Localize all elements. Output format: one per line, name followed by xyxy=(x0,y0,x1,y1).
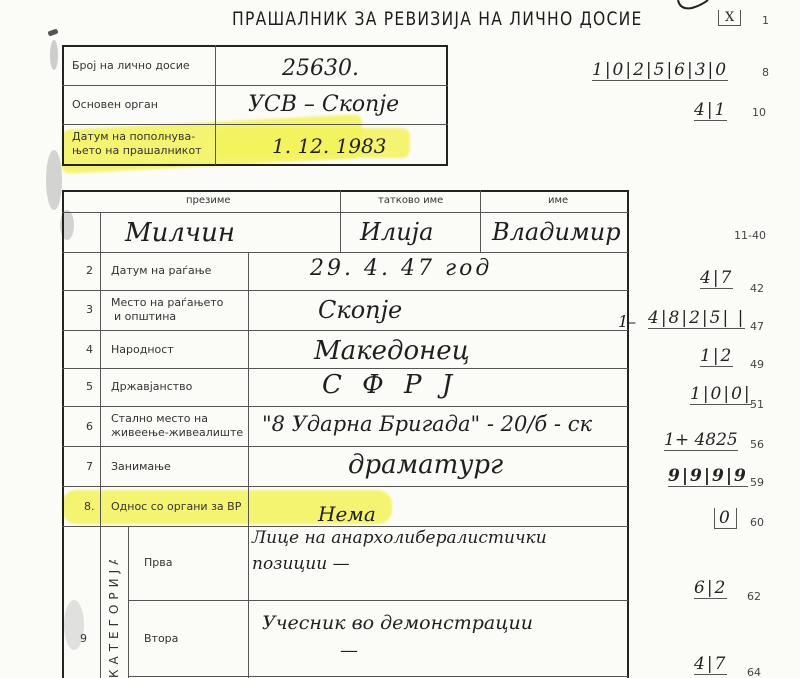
row-divider xyxy=(128,600,628,601)
birthplace-col: 47 xyxy=(750,320,764,333)
surname-value: Милчин xyxy=(125,218,235,248)
row-number: 8. xyxy=(84,500,95,513)
dossier-number-code: 1|0|2|5|6|3|0 xyxy=(592,60,728,81)
name-header-col xyxy=(480,190,481,252)
row-divider xyxy=(62,252,628,253)
nationality-col: 49 xyxy=(750,358,764,371)
row-number: 6 xyxy=(86,420,93,433)
birth-date-label: Датум на раѓање xyxy=(111,264,211,278)
header-box-border xyxy=(62,45,448,47)
occupation-col: 59 xyxy=(750,476,764,489)
row-number: 2 xyxy=(86,264,93,277)
first-name-header: име xyxy=(548,194,568,208)
category-row-number: 9 xyxy=(80,632,87,645)
residence-value: "8 Ударна Бригада" - 20/б - ск xyxy=(262,412,592,436)
name-header-col xyxy=(340,190,341,252)
nationality-value: Македонец xyxy=(314,336,470,366)
occupation-value: драматург xyxy=(348,450,503,480)
row-number: 7 xyxy=(86,460,93,473)
row-divider xyxy=(62,330,628,331)
citizenship-label: Државјанство xyxy=(111,380,192,394)
father-name-header: татково име xyxy=(378,194,443,208)
base-organ-value: УСВ – Скопје xyxy=(248,92,399,117)
header-box-border xyxy=(62,164,448,166)
title-column-number: 1 xyxy=(762,14,769,27)
dossier-number-col: 8 xyxy=(762,66,769,79)
birthplace-label-line1: Место на раѓањето xyxy=(111,296,223,310)
surname-header: презиме xyxy=(186,194,231,208)
base-organ-code: 4|1 xyxy=(694,100,727,121)
row-number: 5 xyxy=(86,380,93,393)
category-second-code: 4|7 xyxy=(694,654,727,675)
father-name-value: Илија xyxy=(360,218,433,246)
row-divider xyxy=(62,526,628,527)
category-second-col: 64 xyxy=(747,666,761,678)
header-box-border xyxy=(446,45,448,166)
header-box-border xyxy=(62,45,64,166)
birthplace-code: 4|8|2|5| | xyxy=(648,308,745,329)
row-divider xyxy=(128,676,628,677)
header-box-row-divider xyxy=(62,85,448,86)
birth-date-code: 4|7 xyxy=(700,268,733,289)
birthplace-code-prefix: 1– xyxy=(618,312,636,331)
category-first-col: 62 xyxy=(747,590,761,603)
residence-label-line1: Стално место на xyxy=(111,412,208,426)
category-second-value-line1: Учесник во демонстрации xyxy=(262,612,533,634)
birthplace-label-line2: и општина xyxy=(114,310,176,324)
label-col-divider xyxy=(248,252,249,678)
category-second-value-line2: — xyxy=(340,640,358,661)
relation-label: Однос со органи за ВР xyxy=(111,500,241,514)
row-number: 4 xyxy=(86,343,93,356)
scan-speck xyxy=(50,40,58,70)
residence-code: 1+ 4825 xyxy=(664,430,738,451)
header-box-divider xyxy=(215,45,216,165)
birthplace-value: Скопје xyxy=(318,296,402,324)
nationality-code: 1|2 xyxy=(700,346,733,367)
category-col-divider xyxy=(128,526,129,678)
main-table-border xyxy=(62,190,629,192)
fill-date-label-line2: њето на прашалникот xyxy=(72,144,202,158)
category-first-value-line2: позиции — xyxy=(252,554,350,574)
category-second-label: Втора xyxy=(144,632,178,646)
row-divider xyxy=(62,290,628,291)
citizenship-value: С Ф Р Ј xyxy=(322,370,458,400)
relation-col: 60 xyxy=(750,516,764,529)
category-first-value-line1: Лице на анархолибералистички xyxy=(252,528,547,548)
name-col-number: 11-40 xyxy=(734,229,766,242)
row-number: 3 xyxy=(86,303,93,316)
dossier-number-label: Број на лично досие xyxy=(72,59,190,73)
fill-date-value: 1. 12. 1983 xyxy=(272,134,387,158)
row-divider xyxy=(62,486,628,487)
scan-speck xyxy=(47,28,58,36)
category-vertical-label: КАТЕГОРИЈА xyxy=(107,560,121,678)
category-first-label: Прва xyxy=(144,556,172,570)
row-divider xyxy=(62,368,628,369)
row-divider xyxy=(62,446,628,447)
nationality-label: Народност xyxy=(111,343,174,357)
fill-date-label-line1: Датум на пополнува- xyxy=(72,130,195,144)
relation-code: 0 xyxy=(714,508,737,529)
first-name-value: Владимир xyxy=(492,218,621,246)
dossier-number-value: 25630. xyxy=(282,56,359,81)
residence-label-line2: живеење-живеалиште xyxy=(111,426,243,440)
relation-value: Нема xyxy=(318,502,376,526)
header-box-row-divider xyxy=(62,124,448,125)
base-organ-col: 10 xyxy=(752,106,766,119)
citizenship-col: 51 xyxy=(750,398,764,411)
name-header-divider xyxy=(62,212,628,213)
occupation-code: 9|9|9|9 xyxy=(668,466,748,487)
pen-mark xyxy=(670,0,730,14)
main-table-border xyxy=(627,190,629,678)
scan-speck xyxy=(46,150,62,210)
row-divider xyxy=(62,406,628,407)
birth-date-col: 42 xyxy=(750,282,764,295)
document-title: ПРАШАЛНИК ЗА РЕВИЗИЈА НА ЛИЧНО ДОСИЕ xyxy=(232,8,643,30)
num-col-divider xyxy=(100,212,101,678)
citizenship-code: 1|0|0| xyxy=(690,384,752,405)
category-first-code: 6|2 xyxy=(694,578,727,599)
residence-col: 56 xyxy=(750,438,764,451)
birth-date-value: 29. 4. 47 год xyxy=(310,256,492,281)
occupation-label: Занимање xyxy=(111,460,171,474)
main-table-border xyxy=(62,190,64,678)
base-organ-label: Основен орган xyxy=(72,98,158,112)
